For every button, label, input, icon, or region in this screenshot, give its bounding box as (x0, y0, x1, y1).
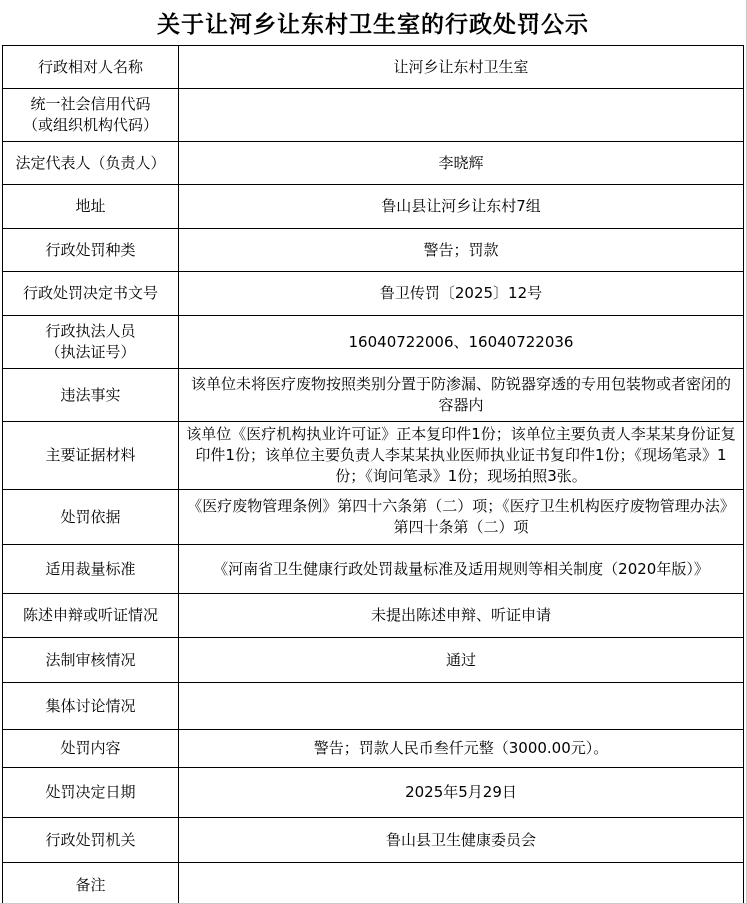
row-label: 行政处罚机关 (3, 818, 179, 863)
row-label-line1: 统一社会信用代码 (9, 94, 172, 115)
row-value: 鲁山县卫生健康委员会 (179, 818, 744, 863)
row-value: 未提出陈述申辩、听证申请 (179, 594, 744, 638)
row-discretion-standard: 适用裁量标准 《河南省卫生健康行政处罚裁量标准及适用规则等相关制度（2020年版… (3, 545, 744, 594)
row-illegal-facts: 违法事实 该单位未将医疗废物按照类别分置于防渗漏、防锐器穿透的专用包装物或者密闭… (3, 369, 744, 422)
row-party-name: 行政相对人名称 让河乡让东村卫生室 (3, 46, 744, 89)
row-label: 处罚依据 (3, 490, 179, 545)
row-label: 违法事实 (3, 369, 179, 422)
row-label: 行政处罚决定书文号 (3, 272, 179, 316)
penalty-notice-table: 行政相对人名称 让河乡让东村卫生室 统一社会信用代码（或组织机构代码） 法定代表… (2, 45, 744, 904)
row-value: 警告；罚款人民币叁仟元整（3000.00元）。 (179, 730, 744, 768)
row-label-line2: （或组织机构代码） (9, 115, 172, 136)
row-value: 该单位《医疗机构执业许可证》正本复印件1份；该单位主要负责人李某某身份证复印件1… (179, 422, 744, 490)
row-value: 鲁卫传罚〔2025〕12号 (179, 272, 744, 316)
row-value: 鲁山县让河乡让东村7组 (179, 185, 744, 229)
row-label: 主要证据材料 (3, 422, 179, 490)
row-label: 处罚决定日期 (3, 768, 179, 818)
row-value: 让河乡让东村卫生室 (179, 46, 744, 89)
row-label: 统一社会信用代码（或组织机构代码） (3, 89, 179, 142)
row-value: 《河南省卫生健康行政处罚裁量标准及适用规则等相关制度（2020年版）》 (179, 545, 744, 594)
row-label: 集体讨论情况 (3, 683, 179, 730)
row-label: 适用裁量标准 (3, 545, 179, 594)
row-penalty-content: 处罚内容 警告；罚款人民币叁仟元整（3000.00元）。 (3, 730, 744, 768)
row-evidence-materials: 主要证据材料 该单位《医疗机构执业许可证》正本复印件1份；该单位主要负责人李某某… (3, 422, 744, 490)
row-label: 地址 (3, 185, 179, 229)
row-label: 行政相对人名称 (3, 46, 179, 89)
row-decision-date: 处罚决定日期 2025年5月29日 (3, 768, 744, 818)
row-label: 行政执法人员（执法证号） (3, 316, 179, 369)
page-title: 关于让河乡让东村卫生室的行政处罚公示 (0, 0, 746, 45)
row-label: 法定代表人（负责人） (3, 142, 179, 185)
row-value: 通过 (179, 638, 744, 683)
row-label: 处罚内容 (3, 730, 179, 768)
row-value: 警告；罚款 (179, 229, 744, 272)
row-statement-hearing: 陈述申辩或听证情况 未提出陈述申辩、听证申请 (3, 594, 744, 638)
row-label: 行政处罚种类 (3, 229, 179, 272)
row-label: 备注 (3, 863, 179, 904)
row-label-line1: 行政执法人员 (9, 321, 172, 342)
row-label: 法制审核情况 (3, 638, 179, 683)
row-label: 陈述申辩或听证情况 (3, 594, 179, 638)
row-remarks: 备注 (3, 863, 744, 904)
row-legal-representative: 法定代表人（负责人） 李晓辉 (3, 142, 744, 185)
row-value: 李晓辉 (179, 142, 744, 185)
row-legal-review: 法制审核情况 通过 (3, 638, 744, 683)
row-value (179, 683, 744, 730)
row-value (179, 89, 744, 142)
row-address: 地址 鲁山县让河乡让东村7组 (3, 185, 744, 229)
row-value: 《医疗废物管理条例》第四十六条第（二）项；《医疗卫生机构医疗废物管理办法》第四十… (179, 490, 744, 545)
notice-page: 关于让河乡让东村卫生室的行政处罚公示 行政相对人名称 让河乡让东村卫生室 统一社… (0, 0, 747, 904)
row-enforcement-officers: 行政执法人员（执法证号） 16040722006、16040722036 (3, 316, 744, 369)
row-penalty-type: 行政处罚种类 警告；罚款 (3, 229, 744, 272)
row-credit-code: 统一社会信用代码（或组织机构代码） (3, 89, 744, 142)
row-value: 该单位未将医疗废物按照类别分置于防渗漏、防锐器穿透的专用包装物或者密闭的容器内 (179, 369, 744, 422)
row-label-line2: （执法证号） (9, 342, 172, 363)
row-decision-number: 行政处罚决定书文号 鲁卫传罚〔2025〕12号 (3, 272, 744, 316)
row-value: 2025年5月29日 (179, 768, 744, 818)
row-value (179, 863, 744, 904)
row-penalty-authority: 行政处罚机关 鲁山县卫生健康委员会 (3, 818, 744, 863)
row-value: 16040722006、16040722036 (179, 316, 744, 369)
row-penalty-basis: 处罚依据 《医疗废物管理条例》第四十六条第（二）项；《医疗卫生机构医疗废物管理办… (3, 490, 744, 545)
row-collective-discussion: 集体讨论情况 (3, 683, 744, 730)
